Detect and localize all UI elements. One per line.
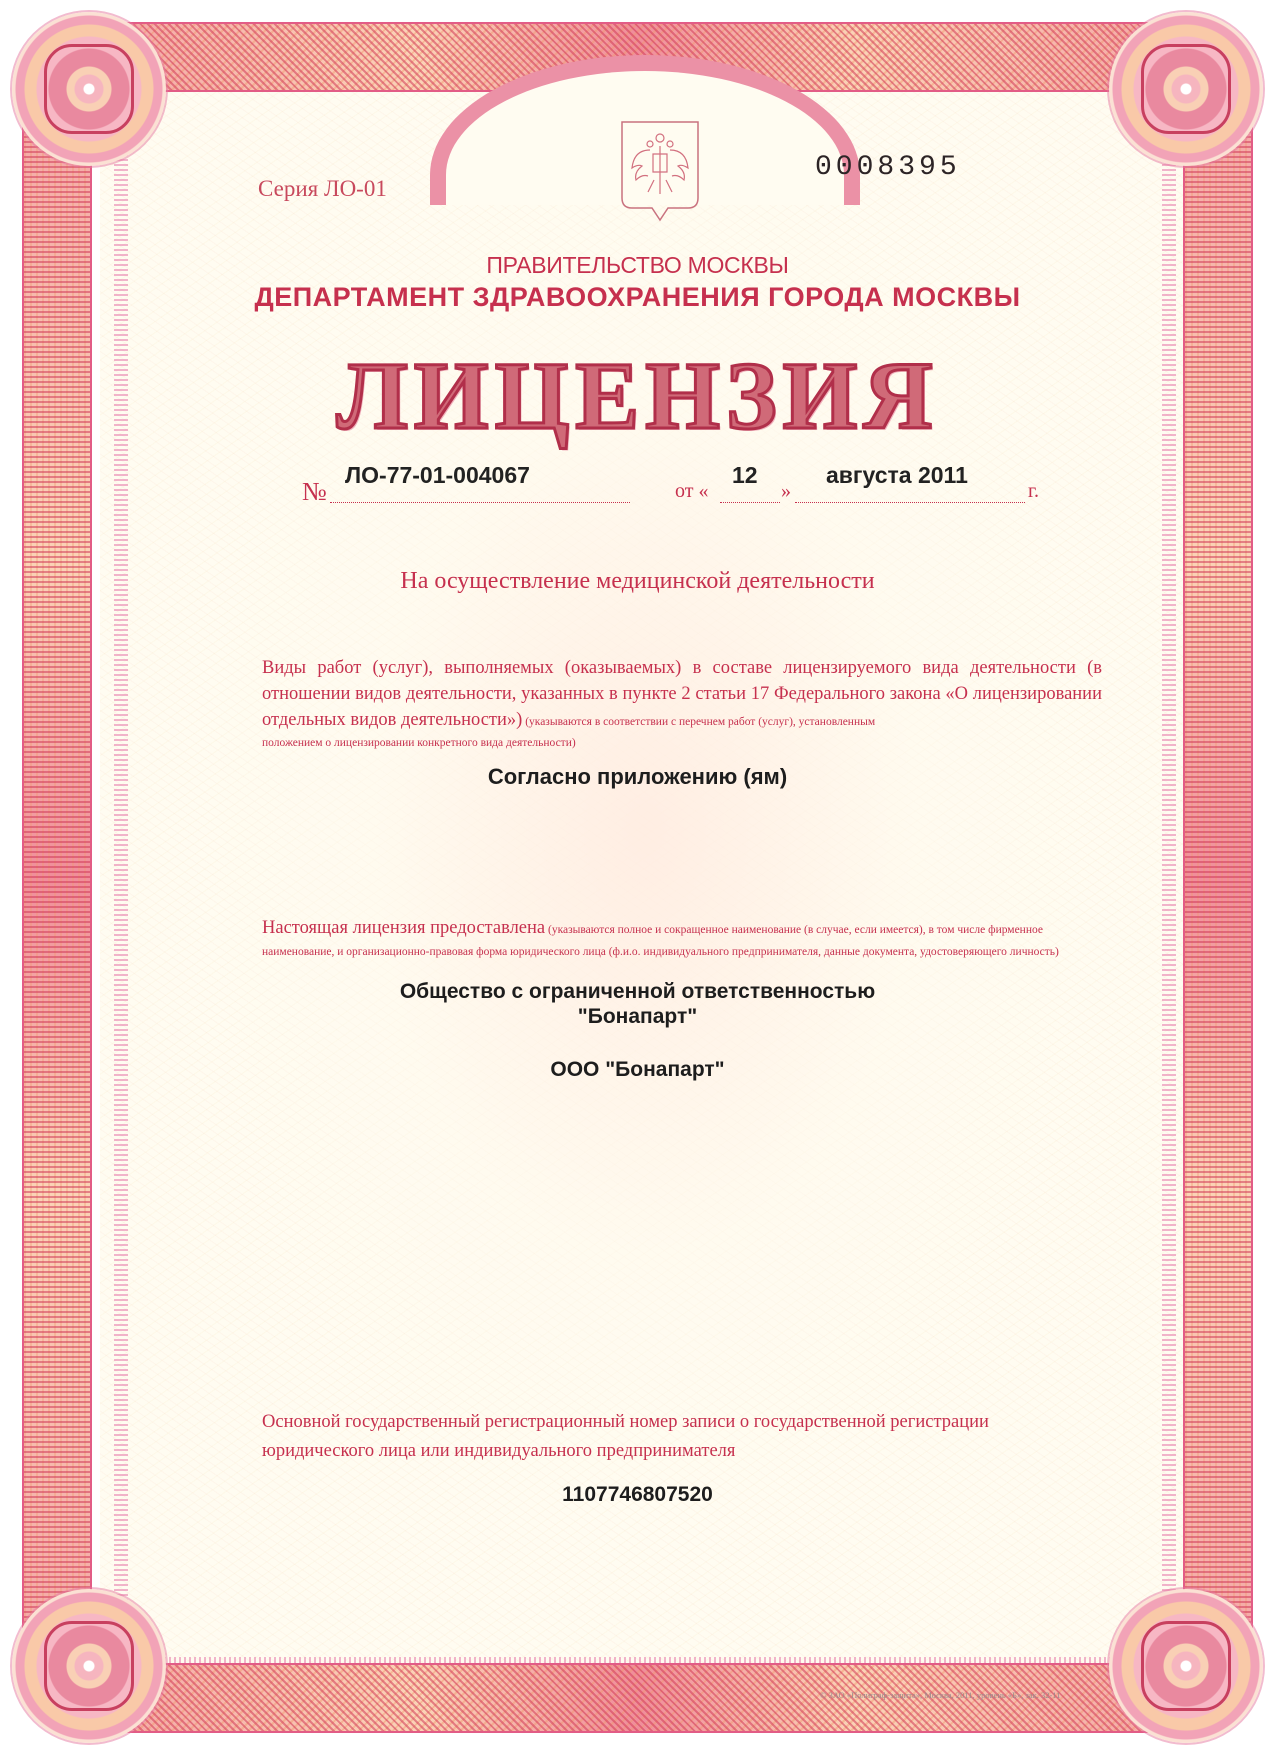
issuer-department: ДЕПАРТАМЕНТ ЗДРАВООХРАНЕНИЯ ГОРОДА МОСКВ…: [0, 282, 1275, 313]
work-types-note: (указываются в соответствии с перечнем р…: [522, 716, 875, 728]
corner-rosette-icon: [1109, 1589, 1263, 1743]
corner-rosette-icon: [12, 1589, 166, 1743]
licensee-label-main: Настоящая лицензия предоставлена: [262, 918, 545, 938]
date-from-label: от «: [675, 480, 708, 503]
licensee-full-name-quoted: "Бонапарт": [0, 1005, 1275, 1029]
series-label: Серия ЛО-01: [258, 176, 387, 202]
ornamental-border-left: [22, 90, 92, 1665]
licensee-full-name: Общество с ограниченной ответственностью: [0, 980, 1275, 1004]
day-fill-line: [720, 502, 780, 503]
licensee-short-name: ООО "Бонапарт": [0, 1058, 1275, 1082]
license-day: 12: [732, 462, 758, 489]
work-types-value: Согласно приложению (ям): [0, 764, 1275, 790]
year-suffix: г.: [1028, 480, 1039, 503]
number-sign: №: [302, 477, 327, 507]
date-day-close: »: [781, 480, 791, 503]
corner-rosette-icon: [12, 12, 166, 166]
issuer-government: ПРАВИТЕЛЬСТВО МОСКВЫ: [0, 252, 1275, 279]
work-types-note-continued: положением о лицензировании конкретного …: [262, 737, 576, 749]
number-fill-line: [330, 502, 630, 503]
serial-number: 0008395: [815, 152, 961, 183]
ornamental-border-right: [1183, 90, 1253, 1665]
licensee-label: Настоящая лицензия предоставлена (указыв…: [262, 918, 1043, 939]
license-month-year: августа 2011: [826, 462, 968, 489]
ogrn-label: Основной государственный регистрационный…: [262, 1408, 1102, 1466]
document-title: ЛИЦЕНЗИЯ: [0, 340, 1275, 451]
work-types-label: Виды работ (услуг), выполняемых (оказыва…: [262, 655, 1102, 735]
ogrn-value: 1107746807520: [0, 1483, 1275, 1507]
activity-heading: На осуществление медицинской деятельност…: [0, 568, 1275, 595]
corner-rosette-icon: [1109, 12, 1263, 166]
coat-of-arms-icon: [620, 120, 700, 225]
printer-imprint: © ЗАО «Полиграф-защита», Москва, 2011, у…: [820, 1690, 1061, 1700]
licensee-note: (указываются полное и сокращенное наимен…: [545, 924, 1043, 936]
month-year-fill-line: [795, 502, 1025, 503]
licensee-note-continued: наименование, и организационно-правовая …: [262, 946, 1059, 958]
license-number: ЛО-77-01-004067: [345, 462, 530, 489]
